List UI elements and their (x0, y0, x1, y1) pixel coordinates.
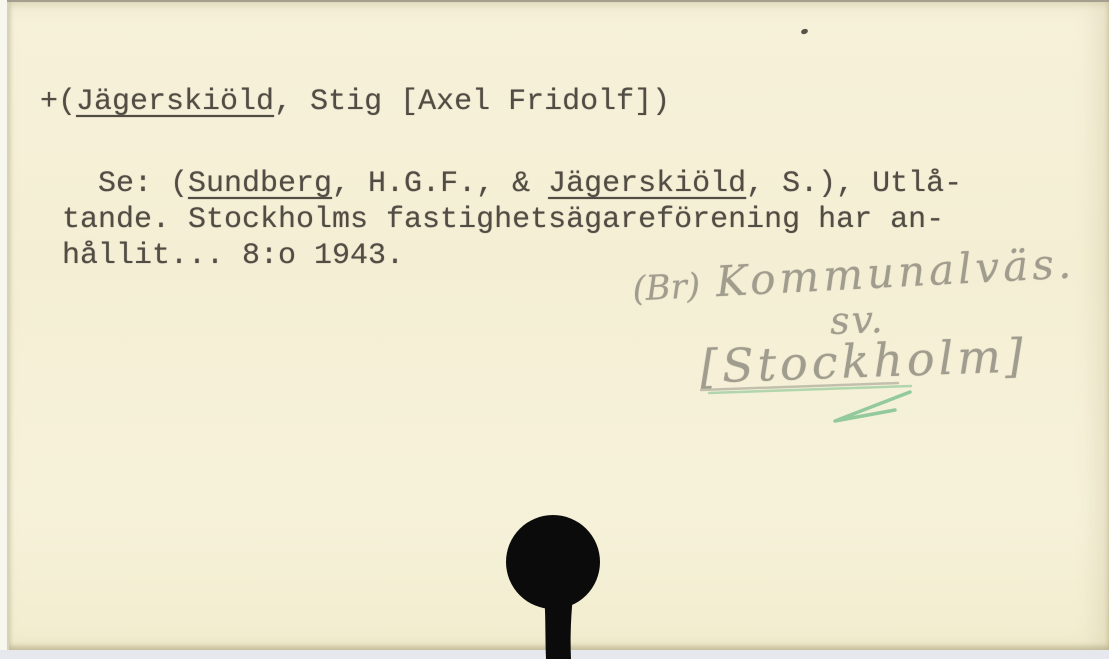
ref-separator: , H.G.F., & (332, 167, 548, 201)
heading-line: +(Jägerskiöld, Stig [Axel Fridolf]) (40, 84, 670, 120)
green-check-mark (695, 376, 931, 436)
scan-left-margin (0, 0, 7, 659)
ref-title-start: , S.), Utlå- (746, 167, 962, 201)
see-label: Se: ( (98, 167, 188, 201)
ref-author-2: Jägerskiöld (548, 167, 746, 201)
heading-given-names: , Stig [Axel Fridolf]) (274, 85, 670, 119)
see-reference-line-1: Se: (Sundberg, H.G.F., & Jägerskiöld, S.… (62, 166, 962, 202)
heading-surname: Jägerskiöld (76, 85, 274, 119)
pencil-classification-code: (Br) (631, 266, 701, 309)
catalog-rod-hole (494, 512, 614, 659)
see-reference-line-2: tande. Stockholms fastighetsägareförenin… (62, 202, 962, 238)
heading-prefix: +( (40, 85, 76, 119)
ref-author-1: Sundberg (188, 167, 332, 201)
card-scan: +(Jägerskiöld, Stig [Axel Fridolf]) Se: … (0, 0, 1109, 659)
